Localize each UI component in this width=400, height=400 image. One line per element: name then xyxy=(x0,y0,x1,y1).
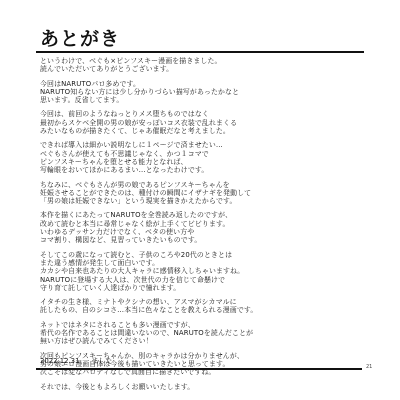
paragraph-3: 今回は、前回のようなねっとりメス堕ちものではなく 最初からスケベ全開の男の娘が安… xyxy=(40,110,370,135)
footer-divider xyxy=(36,368,362,370)
text-line: カカシや自来也あたりの大人キャラに感情移入しちゃいますね。 xyxy=(40,267,370,275)
text-line: 守り育て託していく人達ばかりで憧れます。 xyxy=(40,284,370,292)
signature-date: 2022.12.31 xyxy=(40,357,79,365)
text-line: 写輪眼をおいてほかにあるまい…となったわけです。 xyxy=(40,166,370,174)
signature: 2022.12.31 ました xyxy=(40,357,122,365)
text-line: 最初からスケベ全開の男の娘が安っぽいコス衣装で乱れまくる xyxy=(40,119,370,127)
text-line: NARUTOに登場する大人は、次世代の力を信じて命懸けで xyxy=(40,276,370,284)
text-line: 無い方はぜひ読んでみてください！ xyxy=(40,337,370,345)
text-line: 今回はNARUTOパロ多めです。 xyxy=(40,80,370,88)
text-line: 読んでいただいてありがとうございます。 xyxy=(40,65,370,73)
text-line: 妊娠させることができたのは、種付けの瞬間にイザナギを発動して xyxy=(40,189,370,197)
text-line: それでは、今後ともよろしくお願いいたします。 xyxy=(40,383,370,391)
paragraph-6: 本作を描くにあたってNARUTOを全巻読み返したのですが、 改めて読むと本当に尋… xyxy=(40,211,370,244)
text-line: コマ割り、構図など、見習っていきたいものです。 xyxy=(40,236,370,244)
paragraph-5: ちなみに、べぐもさんが男の娘であるピンフスキーちゃんを 妊娠させることができたの… xyxy=(40,181,370,206)
text-line: ネットではネタにされることも多い漫画ですが、 xyxy=(40,321,370,329)
paragraph-9: ネットではネタにされることも多い漫画ですが、 希代の名作であることは間違いないの… xyxy=(40,321,370,346)
text-line: また違う感情が発生して面白いです。 xyxy=(40,259,370,267)
title-divider xyxy=(36,51,364,53)
text-line: 「男の娘は妊娠できない」という現実を描きかえたからです。 xyxy=(40,197,370,205)
text-line: みたいなものが描きたくて、じゃあ催眠だなと考えました。 xyxy=(40,127,370,135)
paragraph-8: イタチの生き様、ミナトやクシナの想い、アスマがシカマルに 託したもの、自のシコさ… xyxy=(40,298,370,315)
page-number: 21 xyxy=(366,364,372,370)
text-line: べぐもさんが使えても不思議じゃなく、かつ１コマで xyxy=(40,150,370,158)
paragraph-2: 今回はNARUTOパロ多めです。 NARUTO知らない方には少し分かりづらい描写… xyxy=(40,80,370,105)
text-line: 本作を描くにあたってNARUTOを全巻読み返したのですが、 xyxy=(40,211,370,219)
paragraph-11: それでは、今後ともよろしくお願いいたします。 xyxy=(40,383,370,391)
text-line: そしてこの歳になって読むと、子供のころや20代のときとは xyxy=(40,251,370,259)
text-line: 今回は、前回のようなねっとりメス堕ちものではなく xyxy=(40,110,370,118)
afterword-body: というわけで、べぐも×ピンフスキー漫画を描きました。 読んでいただいてありがとう… xyxy=(40,57,370,397)
signature-author: ました xyxy=(92,357,113,365)
text-line: 思います。反省してます。 xyxy=(40,96,370,104)
text-line: できれば導入は細かい説明なしに１ページで済ませたい… xyxy=(40,141,370,149)
text-line: 改めて読むと本当に尋常じゃなく絵が上手くてビビります。 xyxy=(40,220,370,228)
paragraph-7: そしてこの歳になって読むと、子供のころや20代のときとは また違う感情が発生して… xyxy=(40,251,370,292)
paragraph-1: というわけで、べぐも×ピンフスキー漫画を描きました。 読んでいただいてありがとう… xyxy=(40,57,370,74)
text-line: 託したもの、自のシコさ…本当に色々なことを教えられる漫画です。 xyxy=(40,306,370,314)
text-line: ちなみに、べぐもさんが男の娘であるピンフスキーちゃんを xyxy=(40,181,370,189)
text-line: NARUTO知らない方には少し分かりづらい描写があったかなと xyxy=(40,88,370,96)
paragraph-4: できれば導入は細かい説明なしに１ページで済ませたい… べぐもさんが使えても不思議… xyxy=(40,141,370,174)
page-title: あとがき xyxy=(40,28,120,50)
